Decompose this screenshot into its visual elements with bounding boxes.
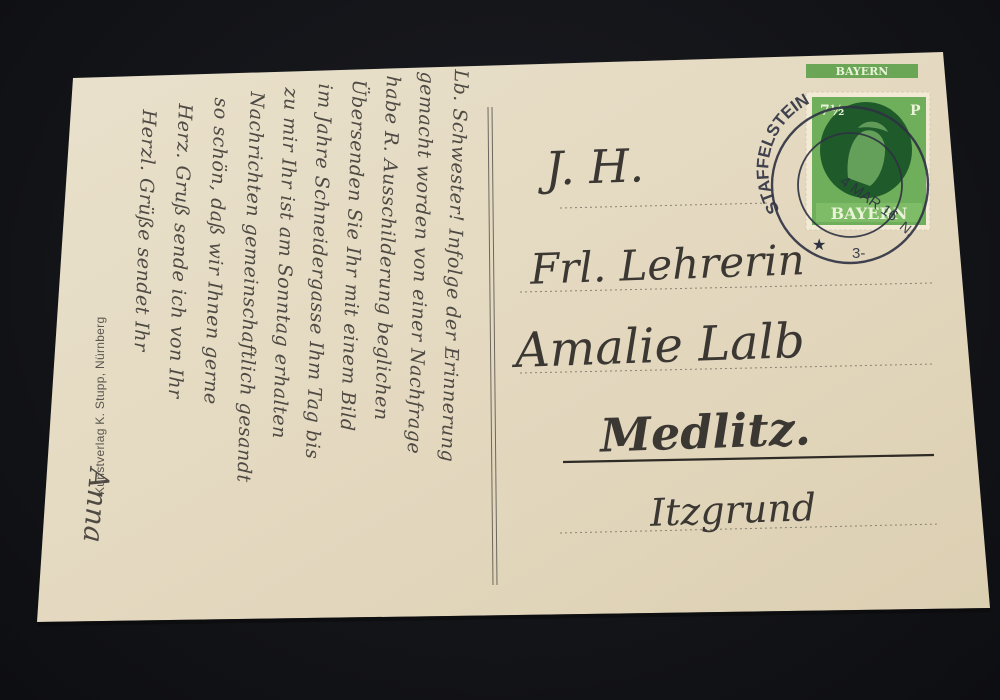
message-line: Übersenden Sie Ihr mit einem Bild xyxy=(336,79,370,432)
address-city: Medlitz. xyxy=(599,401,811,462)
message-line: zu mir Ihr ist am Sonntag erhalten xyxy=(268,87,302,439)
message-line: Herz. Gruß sende ich von Ihr xyxy=(164,103,196,399)
message-line: habe R. Ausschilderung beglichen xyxy=(370,75,404,421)
postcard-scene: BAYERN 7½ P BAYERN STAFFELSTEIN 4 MAR 16… xyxy=(0,0,1000,700)
message-line: Nachrichten gemeinschaftlich gesandt xyxy=(232,91,268,483)
address-region: Itzgrund xyxy=(649,485,817,535)
message-line: gemacht worden von einer Nachfrage xyxy=(403,71,438,454)
message-line: im Jahre Schneidergasse Ihm Tag bis xyxy=(301,83,336,459)
publisher-imprint: Kunstverlag K. Stupp, Nürnberg xyxy=(93,317,107,495)
address-title: Frl. Lehrerin xyxy=(529,235,805,294)
text-overlay: Lb. Schwester! Infolge der Erinnerunggem… xyxy=(0,0,1000,700)
message-line: Herzl. Grüße sendet Ihr xyxy=(130,109,160,352)
address-name: Amalie Lalb xyxy=(514,313,806,379)
address-recipient-initials: J. H. xyxy=(544,138,645,195)
message-line: so schön, daß wir Ihnen gerne xyxy=(199,97,232,405)
message-line: Lb. Schwester! Infolge der Erinnerung xyxy=(436,69,472,462)
